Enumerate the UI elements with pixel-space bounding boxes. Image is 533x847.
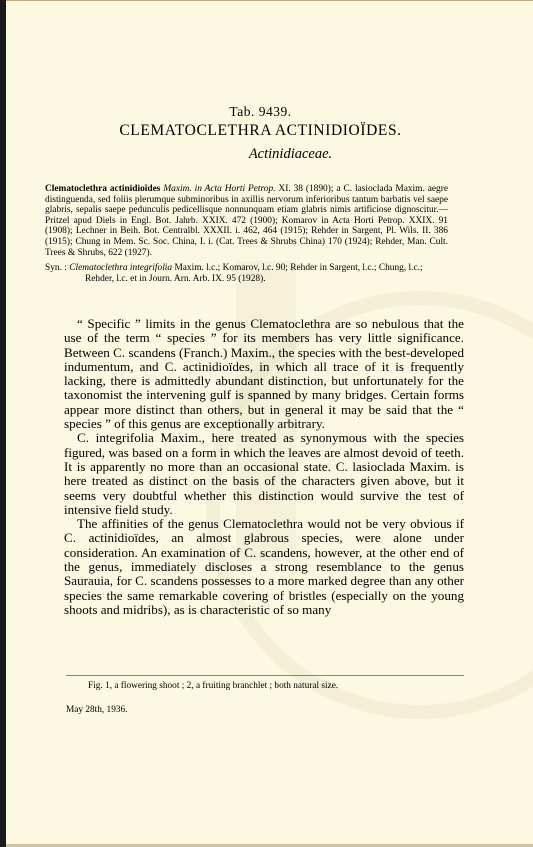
body-paragraph: C. integrifolia Maxim., here treated as …	[64, 431, 464, 517]
plate-number: Tab. 9439.	[0, 104, 527, 120]
page-edge-top	[6, 0, 533, 1]
description-body: “ Specific ” limits in the genus Clemato…	[64, 317, 464, 617]
body-paragraph: “ Specific ” limits in the genus Clemato…	[64, 317, 464, 431]
synonymy: Syn. : Clematoclethra integrifolia Maxim…	[45, 263, 448, 284]
footnote-divider	[66, 675, 464, 676]
citation-authority: Maxim. in Acta Horti Petrop.	[163, 184, 275, 194]
nomenclature-citation: Clematoclethra actinidioïdes Maxim. in A…	[45, 184, 448, 258]
synonym-prefix: Syn. :	[45, 263, 67, 273]
citation-species-name: Clematoclethra actinidioïdes	[45, 184, 160, 194]
publication-date: May 28th, 1936.	[66, 705, 127, 715]
synonym-name: Clematoclethra integrifolia	[69, 263, 172, 273]
body-paragraph: The affinities of the genus Clematocleth…	[64, 517, 464, 617]
species-title: CLEMATOCLETHRA ACTINIDIOÏDES.	[0, 122, 527, 140]
figure-caption: Fig. 1, a flowering shoot ; 2, a fruitin…	[88, 681, 338, 691]
family-name: Actinidiaceae.	[0, 146, 527, 163]
citation-text: XI. 38 (1890); a C. lasioclada Maxim. ae…	[45, 184, 448, 258]
